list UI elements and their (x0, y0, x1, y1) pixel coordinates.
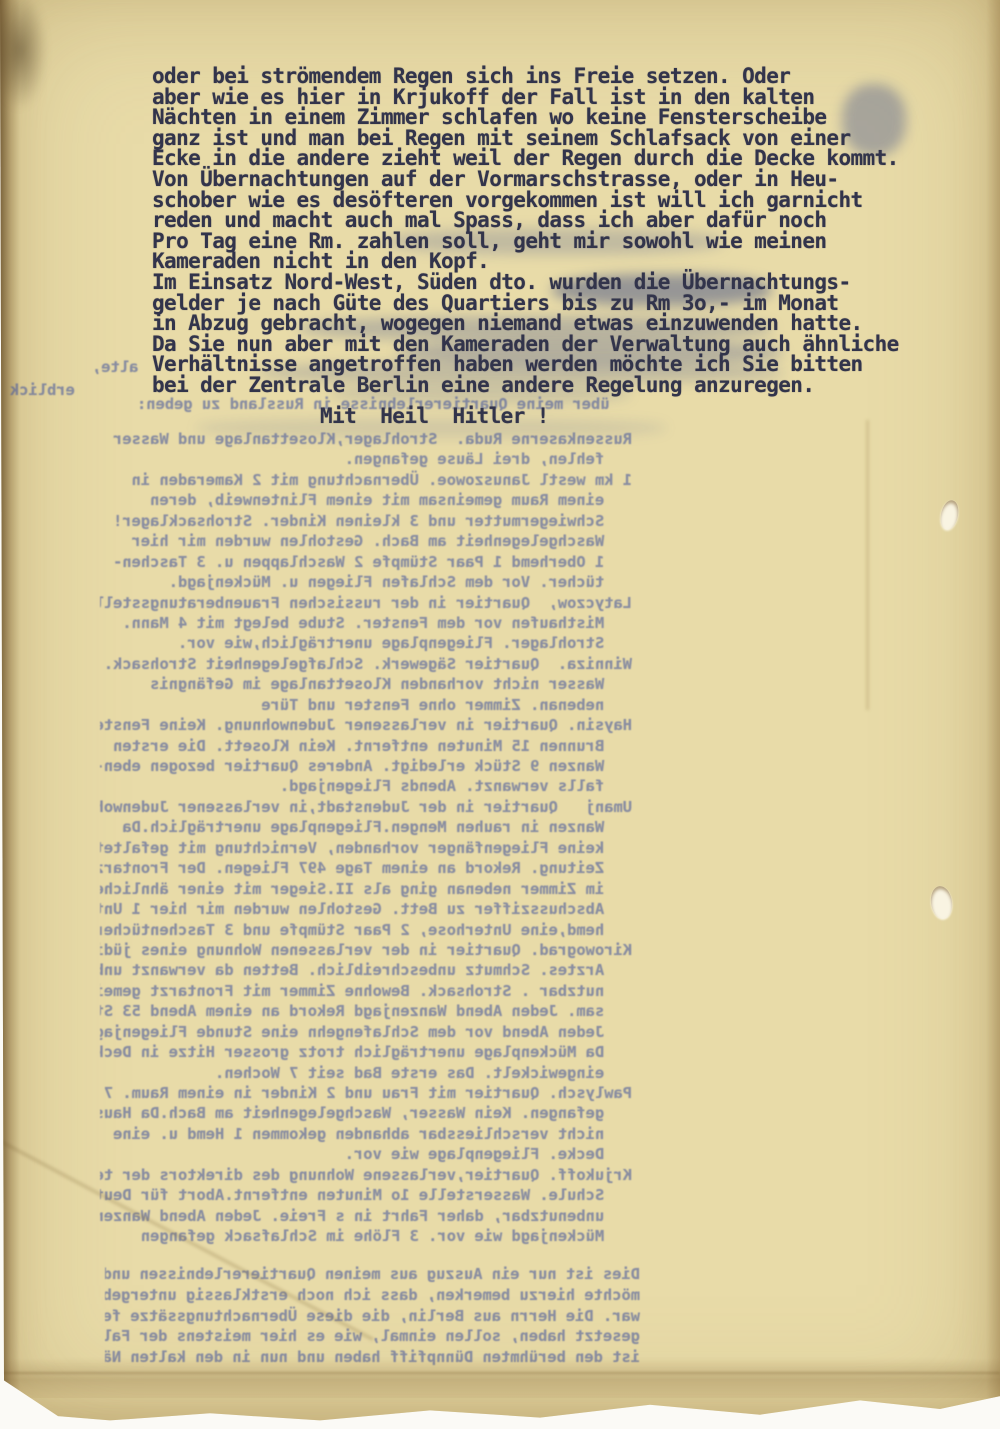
bleedthrough-line: Zeitung. Rekord an einem Tage 497 Fliege… (100, 858, 632, 878)
bleedthrough-line: falls verwanzt. Abends Fliegenjagd. (100, 776, 632, 796)
front-text-block: oder bei strömendem Regen sich ins Freie… (152, 66, 992, 396)
bleedthrough-entries-block: Russenkaserne Ruda. Strohlager,Klosettan… (100, 429, 632, 1251)
scanned-letter: über meine Quartiererlebnisse in Russlan… (0, 0, 1000, 1429)
bleedthrough-line: Latyczow, Quartier in der russischen Fra… (100, 593, 632, 613)
bleedthrough-fragment: erblick (10, 381, 75, 399)
bleedthrough-line: war. Die Herrn aus Berlin, die diese Übe… (105, 1306, 640, 1327)
bleedthrough-line: 1 km westl Januszowoe. Übernachtung mit … (100, 470, 632, 490)
worm-hole (929, 885, 954, 921)
typed-line: Von Übernachtungen auf der Vormarschstra… (152, 169, 992, 190)
bleedthrough-line: Brunnen 15 Minuten entfernt. Kein Kloset… (100, 736, 632, 756)
bleedthrough-line: einem Raum gemeinsam mit einem Flintenwe… (100, 490, 632, 510)
bleedthrough-line: Abschussziffer zu Bett. Gestohlen wurden… (100, 899, 632, 919)
bleedthrough-line: keine Fliegenfänger vorhanden, Vernichtu… (100, 838, 632, 858)
bleedthrough-line: Waschgelegenheit am Bach. Gestohlen wurd… (100, 531, 632, 551)
bleedthrough-line: Winniza. Quartier Sägewerk. Schlafgelege… (100, 654, 632, 674)
bleedthrough-line: im Zimmer nebenan ging als II.Sieger mit… (100, 879, 632, 899)
bleedthrough-fragment: alte, (92, 358, 138, 376)
bleedthrough-line: Krjukoff. Quartier,verlassene Wohnung de… (100, 1165, 632, 1185)
bleedthrough-line: unbenutzbar, daher Fahrt in s Freie. Jed… (100, 1206, 632, 1226)
bleedthrough-line: Haysin. Quartier in verlassener Judenwoh… (100, 715, 632, 735)
bleedthrough-line: Schwiegermutter und 3 kleinen Kinder. St… (100, 511, 632, 531)
bleedthrough-line: tücher. Vor dem Schlafen Fliegen u. Mück… (100, 572, 632, 592)
bottom-fold-band (0, 1358, 1000, 1398)
bleedthrough-line: hemd,eine Unterhose, 2 Paar Stümpfe und … (100, 920, 632, 940)
bleedthrough-line: Kirowograd. Quartier in der verlassenen … (100, 940, 632, 960)
typed-line: Nächten in einem Zimmer schlafen wo kein… (152, 107, 992, 128)
bleedthrough-line: Da Mückenplage unerträglich trotz grosse… (100, 1042, 632, 1062)
typed-line: Verhältnisse angetroffen haben werden mö… (152, 354, 992, 375)
bleedthrough-line: Jeden Abend vor dem Schlafengehn eine St… (100, 1022, 632, 1042)
paper-left-edge-shadow (0, 0, 20, 1429)
bleedthrough-line: Misthaufen vor dem Fenster. Stube belegt… (100, 613, 632, 633)
bleedthrough-line: Wanzen 9 Stück erledigt. Anderes Quartie… (100, 756, 632, 776)
typed-line: Kameraden nicht in den Kopf. (152, 251, 992, 272)
bleedthrough-line: nicht verschliessbar abhanden gekommen 1… (100, 1124, 632, 1144)
bleedthrough-line: Wasser nicht vorhanden Klosettanlage im … (100, 674, 632, 694)
bleedthrough-line: Dies ist nur ein Auszug aus meinen Quart… (105, 1264, 640, 1285)
bleedthrough-line: nebenan. Zimmer ohne Fenster und Türe (100, 695, 632, 715)
bleedthrough-line: fehlen, drei Läuse gefangen. (100, 449, 632, 469)
bleedthrough-line: Umanj Quartier in der Judenstadt,in verl… (100, 797, 632, 817)
typed-line: reden und macht auch mal Spass, dass ich… (152, 210, 992, 231)
bleedthrough-line: Russenkaserne Ruda. Strohlager,Klosettan… (100, 429, 632, 449)
typed-line: in Abzug gebracht, wogegen niemand etwas… (152, 313, 992, 334)
typed-line: Ecke in die andere zieht weil der Regen … (152, 148, 992, 169)
typed-line: oder bei strömendem Regen sich ins Freie… (152, 66, 992, 87)
bleedthrough-line: Pawlysch. Quartier mit Frau und 2 Kinder… (100, 1083, 632, 1103)
bleedthrough-line: Strohlager. Fliegenplage unerträglich,wi… (100, 633, 632, 653)
closing-salutation: Mit Heil Hitler ! (320, 404, 549, 428)
vertical-crease (866, 420, 869, 710)
bleedthrough-line: Wanzen in rauhen Mengen.Fliegenplage une… (100, 817, 632, 837)
fold-line (0, 1372, 1000, 1374)
typed-line: Im Einsatz Nord-West, Süden dto. wurden … (152, 272, 992, 293)
corner-smudge (0, 0, 47, 110)
worm-hole (938, 499, 961, 532)
typed-line: bei der Zentrale Berlin eine andere Rege… (152, 375, 992, 396)
bleedthrough-bottom-paragraph: Dies ist nur ein Auszug aus meinen Quart… (105, 1264, 640, 1372)
bleedthrough-line: Arztes. Schmutz unbeschreiblich. Betten … (100, 960, 632, 980)
bleedthrough-line: möchte hierzu bemerken, dass ich noch er… (105, 1285, 640, 1306)
bleedthrough-line: nutzbar . Strohsack. Bewohne Zimmer mit … (100, 981, 632, 1001)
letter-page: über meine Quartiererlebnisse in Russlan… (0, 0, 1000, 1429)
bleedthrough-line: Decke. Fliegenplage wie vor. (100, 1144, 632, 1164)
bleedthrough-line: gefangen. Kein Wasser, Waschgelegenheit … (100, 1103, 632, 1123)
bleedthrough-line: Schule. Wasserstelle 1o Minuten entfernt… (100, 1185, 632, 1205)
bleedthrough-line: sam. Jeden Abend Wanzenjagd Rekord an ei… (100, 1001, 632, 1021)
bleedthrough-line: eingewickelt. Das erste Bad seit 7 Woche… (100, 1063, 632, 1083)
bleedthrough-line: 1 Oberhemd 1 Paar Stümpfe 2 Waschlappen … (100, 552, 632, 572)
